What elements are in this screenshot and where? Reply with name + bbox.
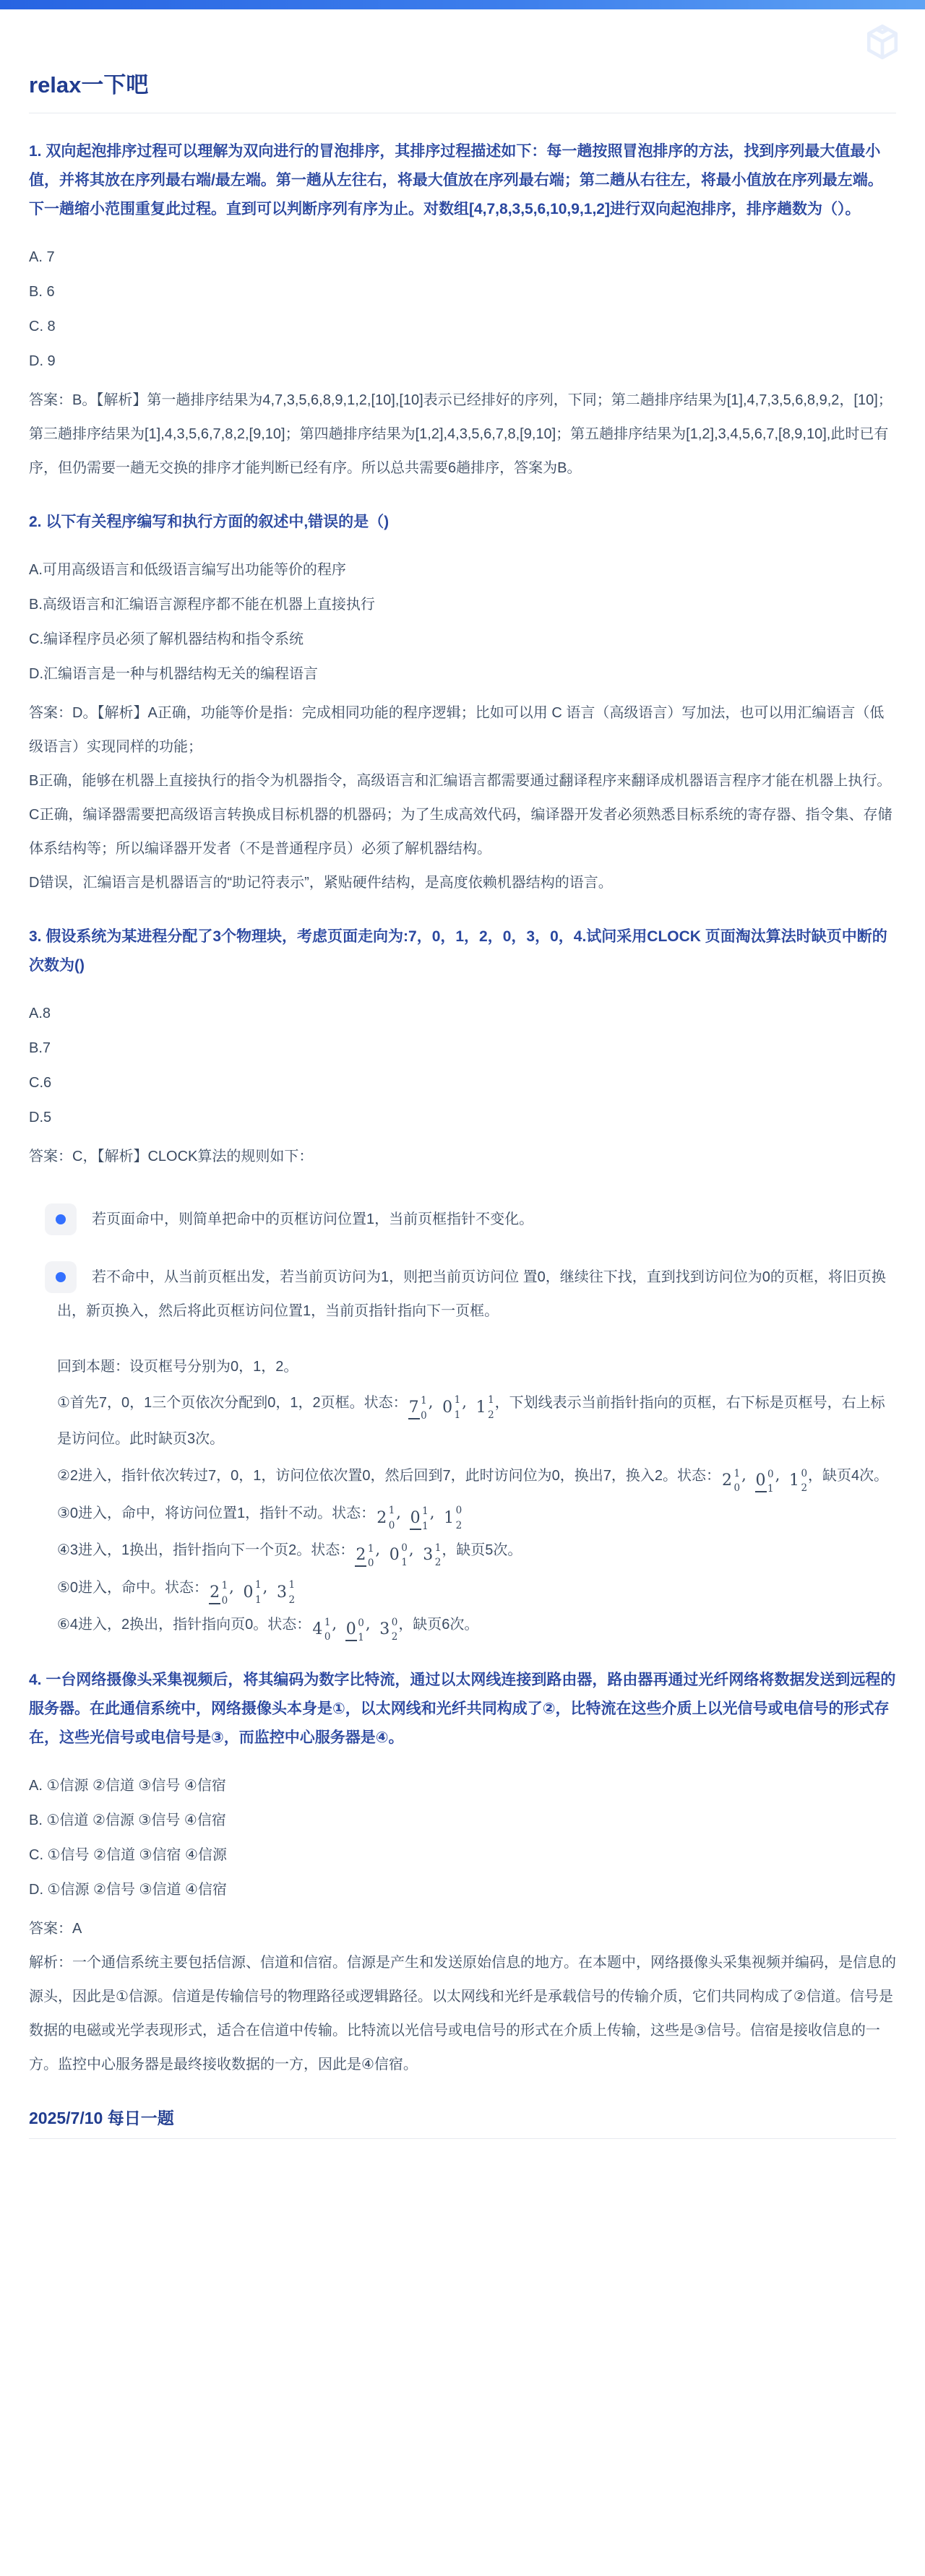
frame-number: 2 [488, 1411, 494, 1421]
state-token: 102 [443, 1506, 462, 1531]
frame-number: 2 [801, 1484, 807, 1494]
question-stem: 2. 以下有关程序编写和执行方面的叙述中,错误的是（) [29, 508, 896, 537]
state-page-number: 3 [379, 1620, 390, 1640]
frame-number: 2 [288, 1596, 295, 1606]
question-stem: 1. 双向起泡排序过程可以理解为双向进行的冒泡排序，其排序过程描述如下：每一趟按… [29, 137, 896, 224]
sub-paragraph: 回到本题：设页框号分别为0，1，2。 [57, 1350, 896, 1384]
math-separator: , [332, 1615, 341, 1633]
state-page-number: 0 [442, 1399, 453, 1418]
option-item: D. ①信源 ②信号 ③信道 ④信宿 [29, 1872, 896, 1907]
state-page-number: 0 [389, 1546, 400, 1565]
top-accent-bar [0, 0, 925, 9]
question-block: 2. 以下有关程序编写和执行方面的叙述中,错误的是（)A.可用高级语言和低级语言… [29, 508, 896, 900]
math-separator: , [462, 1393, 471, 1411]
math-separator: , [775, 1466, 785, 1484]
frame-number: 0 [222, 1596, 228, 1607]
frame-number: 0 [389, 1521, 395, 1531]
bullet-dot-icon [56, 1272, 66, 1282]
state-page-number: 0 [755, 1471, 767, 1492]
step-text: ②2进入，指针依次转过7，0，1，访问位依次置0，然后回到7，此时访问位为0，换… [57, 1468, 720, 1484]
state-token: 102 [788, 1469, 807, 1494]
clock-step: ③0进入，命中，将访问位置1，指针不动。状态：210, 011, 102 [57, 1495, 896, 1532]
answer-paragraph: 答案：B。【解析】第一趟排序结果为4,7,3,5,6,8,9,1,2,[10],… [29, 384, 896, 485]
state-page-number: 1 [476, 1399, 487, 1418]
option-item: B.高级语言和汇编语言源程序都不能在机器上直接执行 [29, 587, 896, 622]
option-item: A. 7 [29, 240, 896, 275]
state-token: 410 [311, 1618, 330, 1643]
access-bit: 0 [392, 1618, 398, 1628]
state-token: 312 [276, 1581, 295, 1605]
option-item: C.编译程序员必须了解机器结构和指令系统 [29, 622, 896, 657]
answer-paragraph: 答案：C，【解析】CLOCK算法的规则如下： [29, 1140, 896, 1174]
question-block: 4. 一台网络摄像头采集视频后，将其编码为数字比特流，通过以太网线连接到路由器，… [29, 1666, 896, 2082]
state-scripts: 10 [324, 1618, 331, 1643]
math-separator: , [396, 1504, 405, 1521]
option-item: D. 9 [29, 344, 896, 379]
clock-step: ②2进入，指针依次转过7，0，1，访问位依次置0，然后回到7，此时访问位为0，换… [57, 1457, 896, 1495]
frame-number: 1 [255, 1596, 262, 1606]
question-stem: 3. 假设系统为某进程分配了3个物理块，考虑页面走向为:7，0，1，2，0，3，… [29, 922, 896, 980]
state-token: 112 [476, 1396, 494, 1420]
state-token: 312 [422, 1544, 441, 1568]
option-item: C.6 [29, 1066, 896, 1100]
state-scripts: 12 [435, 1544, 442, 1568]
state-scripts: 11 [455, 1396, 461, 1420]
options-list: A. 7B. 6C. 8D. 9 [29, 240, 896, 379]
frame-number: 0 [734, 1484, 741, 1494]
frame-number: 1 [422, 1522, 429, 1532]
option-item: C. ①信号 ②信道 ③信宿 ④信源 [29, 1838, 896, 1872]
state-page-number: 2 [721, 1471, 733, 1491]
step-text: ⑥4进入，2换出，指针指向页0。状态： [57, 1617, 311, 1633]
state-page-number: 0 [345, 1620, 357, 1641]
access-bit: 1 [488, 1396, 494, 1406]
footer-date-title: 2025/7/10 每日一题 [29, 2105, 896, 2139]
answer-section: 答案：B。【解析】第一趟排序结果为4,7,3,5,6,8,9,1,2,[10],… [29, 384, 896, 485]
option-item: D.汇编语言是一种与机器结构无关的编程语言 [29, 657, 896, 691]
bullet-dot-icon [56, 1214, 66, 1224]
state-scripts: 11 [422, 1507, 429, 1531]
frame-number: 1 [358, 1633, 364, 1643]
frame-number: 0 [324, 1633, 331, 1643]
option-item: A. ①信源 ②信道 ③信号 ④信宿 [29, 1768, 896, 1803]
state-scripts: 12 [288, 1581, 295, 1605]
state-scripts: 10 [368, 1544, 374, 1569]
state-scripts: 11 [255, 1581, 262, 1605]
bullet-item: 若页面命中，则简单把命中的页框访问位置1，当前页框指针不变化。 [57, 1203, 896, 1237]
bullet-marker [45, 1203, 77, 1235]
frame-number: 0 [421, 1412, 427, 1422]
access-bit: 1 [421, 1396, 427, 1406]
indented-explanation: 回到本题：设页框号分别为0，1，2。①首先7，0，1三个页依次分配到0，1，2页… [57, 1350, 896, 1643]
access-bit: 1 [288, 1581, 295, 1591]
option-item: B.7 [29, 1031, 896, 1066]
question-block: 3. 假设系统为某进程分配了3个物理块，考虑页面走向为:7，0，1，2，0，3，… [29, 922, 896, 1643]
state-token: 001 [345, 1619, 364, 1643]
answer-paragraph: C正确，编译器需要把高级语言转换成目标机器的机器码；为了生成高效代码，编译器开发… [29, 798, 896, 866]
math-separator: , [375, 1541, 384, 1558]
state-page-number: 2 [209, 1583, 220, 1604]
state-scripts: 01 [401, 1544, 408, 1568]
access-bit: 0 [767, 1470, 774, 1480]
state-scripts: 10 [389, 1506, 395, 1531]
state-token: 011 [243, 1581, 262, 1605]
step-text: ，缺页6次。 [398, 1617, 478, 1633]
answer-section: 答案：C，【解析】CLOCK算法的规则如下：若页面命中，则简单把命中的页框访问位… [29, 1140, 896, 1643]
state-token: 210 [209, 1581, 228, 1606]
state-page-number: 0 [410, 1509, 421, 1530]
state-scripts: 10 [421, 1396, 427, 1421]
state-scripts: 12 [488, 1396, 494, 1420]
clock-step: ⑤0进入，命中。状态：210, 011, 312 [57, 1569, 896, 1607]
bullet-list: 若页面命中，则简单把命中的页框访问位置1，当前页框指针不变化。若不命中，从当前页… [57, 1203, 896, 1328]
step-text: ⑤0进入，命中。状态： [57, 1580, 208, 1596]
option-item: D.5 [29, 1100, 896, 1135]
frame-number: 1 [455, 1411, 461, 1421]
state-scripts: 10 [734, 1469, 741, 1494]
questions-container: 1. 双向起泡排序过程可以理解为双向进行的冒泡排序，其排序过程描述如下：每一趟按… [29, 137, 896, 2082]
state-token: 001 [389, 1544, 408, 1568]
page-title: relax一下吧 [29, 70, 896, 113]
access-bit: 1 [734, 1469, 741, 1479]
option-item: B. 6 [29, 275, 896, 309]
state-page-number: 3 [422, 1546, 434, 1565]
state-scripts: 10 [222, 1581, 228, 1606]
state-scripts: 02 [456, 1506, 462, 1531]
state-page-number: 1 [788, 1471, 800, 1491]
bullet-item: 若不命中，从当前页框出发，若当前页访问为1，则把当前页访问位 置0，继续往下找，… [57, 1261, 896, 1328]
option-item: B. ①信道 ②信源 ③信号 ④信宿 [29, 1803, 896, 1838]
answer-paragraph: 解析：一个通信系统主要包括信源、信道和信宿。信源是产生和发送原始信息的地方。在本… [29, 1946, 896, 2082]
step-text: ，缺页4次。 [808, 1468, 888, 1484]
state-token: 710 [408, 1396, 427, 1421]
state-scripts: 01 [358, 1619, 364, 1643]
state-page-number: 4 [311, 1620, 323, 1640]
math-separator: , [430, 1504, 439, 1521]
answer-paragraph: 答案：A [29, 1912, 896, 1946]
cube-logo-icon [864, 24, 901, 60]
options-list: A.可用高级语言和低级语言编写出功能等价的程序B.高级语言和汇编语言源程序都不能… [29, 553, 896, 691]
state-page-number: 2 [355, 1546, 366, 1567]
state-page-number: 3 [276, 1583, 288, 1603]
access-bit: 0 [401, 1544, 408, 1554]
access-bit: 1 [435, 1544, 442, 1554]
state-token: 210 [721, 1469, 740, 1494]
access-bit: 1 [222, 1581, 228, 1591]
step-text: ③0进入，命中，将访问位置1，指针不动。状态： [57, 1505, 375, 1521]
state-scripts: 02 [392, 1618, 398, 1643]
access-bit: 1 [389, 1506, 395, 1516]
access-bit: 1 [255, 1581, 262, 1591]
bullet-marker [45, 1261, 77, 1293]
access-bit: 1 [422, 1507, 429, 1517]
math-separator: , [429, 1393, 438, 1411]
frame-number: 0 [368, 1559, 374, 1569]
option-item: A.可用高级语言和低级语言编写出功能等价的程序 [29, 553, 896, 587]
state-scripts: 01 [767, 1470, 774, 1495]
math-separator: , [366, 1615, 375, 1633]
state-page-number: 0 [243, 1583, 254, 1603]
document-body: relax一下吧 1. 双向起泡排序过程可以理解为双向进行的冒泡排序，其排序过程… [0, 70, 925, 2185]
frame-number: 2 [435, 1558, 442, 1568]
question-stem: 4. 一台网络摄像头采集视频后，将其编码为数字比特流，通过以太网线连接到路由器，… [29, 1666, 896, 1752]
state-token: 001 [755, 1470, 774, 1495]
access-bit: 0 [801, 1469, 807, 1479]
math-separator: , [229, 1578, 238, 1596]
options-list: A.8B.7C.6D.5 [29, 996, 896, 1135]
access-bit: 0 [456, 1506, 462, 1516]
question-block: 1. 双向起泡排序过程可以理解为双向进行的冒泡排序，其排序过程描述如下：每一趟按… [29, 137, 896, 485]
clock-step: ①首先7，0，1三个页依次分配到0，1，2页框。状态：710, 011, 112… [57, 1384, 896, 1458]
clock-step: ④3进入，1换出，指针指向下一个页2。状态：210, 001, 312，缺页5次… [57, 1531, 896, 1569]
frame-number: 1 [767, 1484, 774, 1495]
step-text: ，缺页5次。 [442, 1542, 522, 1558]
step-text: ①首先7，0，1三个页依次分配到0，1，2页框。状态： [57, 1395, 408, 1411]
state-token: 210 [355, 1544, 374, 1569]
math-separator: , [409, 1541, 418, 1558]
step-text: ④3进入，1换出，指针指向下一个页2。状态： [57, 1542, 354, 1558]
math-separator: , [263, 1578, 272, 1596]
clock-step: ⑥4进入，2换出，指针指向页0。状态：410, 001, 302，缺页6次。 [57, 1606, 896, 1643]
access-bit: 1 [368, 1544, 374, 1555]
answer-section: 答案：D。【解析】A正确，功能等价是指：完成相同功能的程序逻辑；比如可以用 C … [29, 696, 896, 900]
state-scripts: 02 [801, 1469, 807, 1494]
answer-section: 答案：A解析：一个通信系统主要包括信源、信道和信宿。信源是产生和发送原始信息的地… [29, 1912, 896, 2082]
answer-paragraph: D错误，汇编语言是机器语言的“助记符表示”，紧贴硬件结构，是高度依赖机器结构的语… [29, 866, 896, 900]
options-list: A. ①信源 ②信道 ③信号 ④信宿B. ①信道 ②信源 ③信号 ④信宿C. ①… [29, 1768, 896, 1907]
access-bit: 0 [358, 1619, 364, 1629]
bullet-text: 若页面命中，则简单把命中的页框访问位置1，当前页框指针不变化。 [57, 1203, 896, 1237]
frame-number: 2 [456, 1521, 462, 1531]
access-bit: 1 [324, 1618, 331, 1628]
option-item: C. 8 [29, 309, 896, 344]
access-bit: 1 [455, 1396, 461, 1406]
frame-number: 2 [392, 1633, 398, 1643]
state-token: 011 [410, 1507, 429, 1531]
bullet-text: 若不命中，从当前页框出发，若当前页访问为1，则把当前页访问位 置0，继续往下找，… [57, 1261, 896, 1328]
math-separator: , [741, 1466, 751, 1484]
option-item: A.8 [29, 996, 896, 1031]
answer-paragraph: B正确，能够在机器上直接执行的指令为机器指令，高级语言和汇编语言都需要通过翻译程… [29, 764, 896, 798]
state-page-number: 1 [443, 1509, 455, 1529]
state-page-number: 2 [376, 1509, 387, 1529]
state-token: 011 [442, 1396, 460, 1420]
state-token: 302 [379, 1618, 397, 1643]
state-page-number: 7 [408, 1399, 420, 1419]
state-token: 210 [376, 1506, 395, 1531]
frame-number: 1 [401, 1558, 408, 1568]
answer-paragraph: 答案：D。【解析】A正确，功能等价是指：完成相同功能的程序逻辑；比如可以用 C … [29, 696, 896, 764]
